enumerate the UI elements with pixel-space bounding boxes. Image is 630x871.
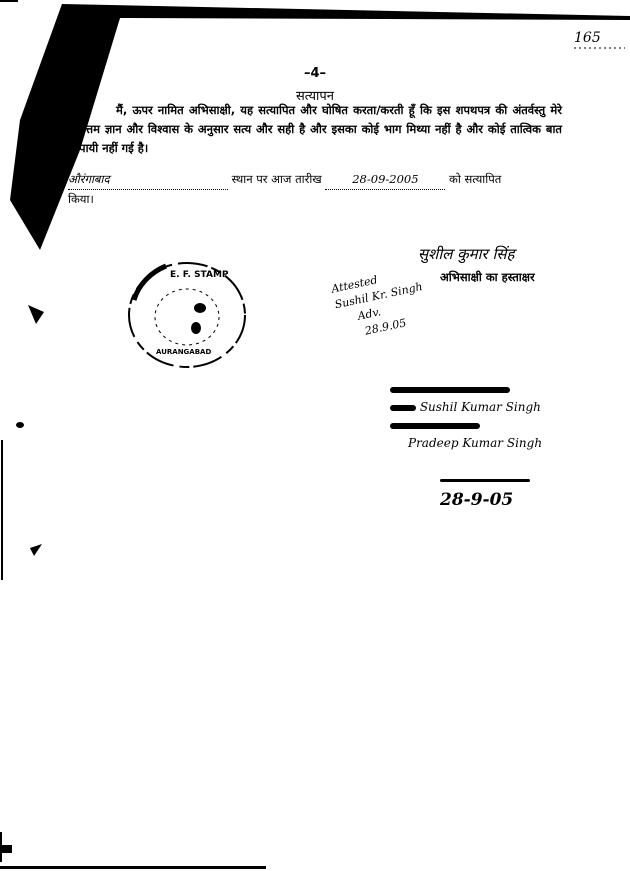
verification-text: मैं, ऊपर नामित अभिसाक्षी, यह सत्यापित और… [68,103,562,155]
counter-signature-date: 28-9-05 [440,490,530,510]
date-field: 28-09-2005 [325,170,445,190]
date-handwritten: 28-09-2005 [352,172,418,186]
official-name-2: Pradeep Kumar Singh [390,436,542,450]
verification-paragraph: मैं, ऊपर नामित अभिसाक्षी, यह सत्यापित और… [68,101,562,158]
counter-signature: 28-9-05 [440,470,530,510]
verified-suffix: को सत्यापित [449,172,501,186]
deponent-signature-label: अभिसाक्षी का हस्ताक्षर [440,270,535,285]
place-handwritten: औरंगाबाद [68,172,110,186]
redacted-text [390,387,510,393]
official-block: Sushil Kumar Singh Pradeep Kumar Singh [390,380,630,452]
stamp-text-top: E. F. STAMP [170,270,229,280]
stamp-text-center: AURANGABAD [156,348,211,356]
redacted-text [390,423,480,429]
redacted-text [390,405,416,411]
place-suffix: स्थान पर आज तारीख [232,172,322,186]
place-date-line: औरंगाबाद स्थान पर आज तारीख 28-09-2005 को… [68,170,568,209]
official-stamp: E. F. STAMP AURANGABAD [126,260,248,370]
official-name-1: Sushil Kumar Singh [420,400,541,414]
ink-blot [28,305,44,324]
scan-bottom-edge [0,866,266,869]
verified-line2: किया। [68,192,94,206]
margin-page-number: 165 [574,30,601,46]
place-field: औरंगाबाद [68,170,228,190]
page-number: –4– [0,66,630,81]
redacted-line [440,479,530,482]
deponent-signature: सुशील कुमार सिंह [418,244,514,264]
